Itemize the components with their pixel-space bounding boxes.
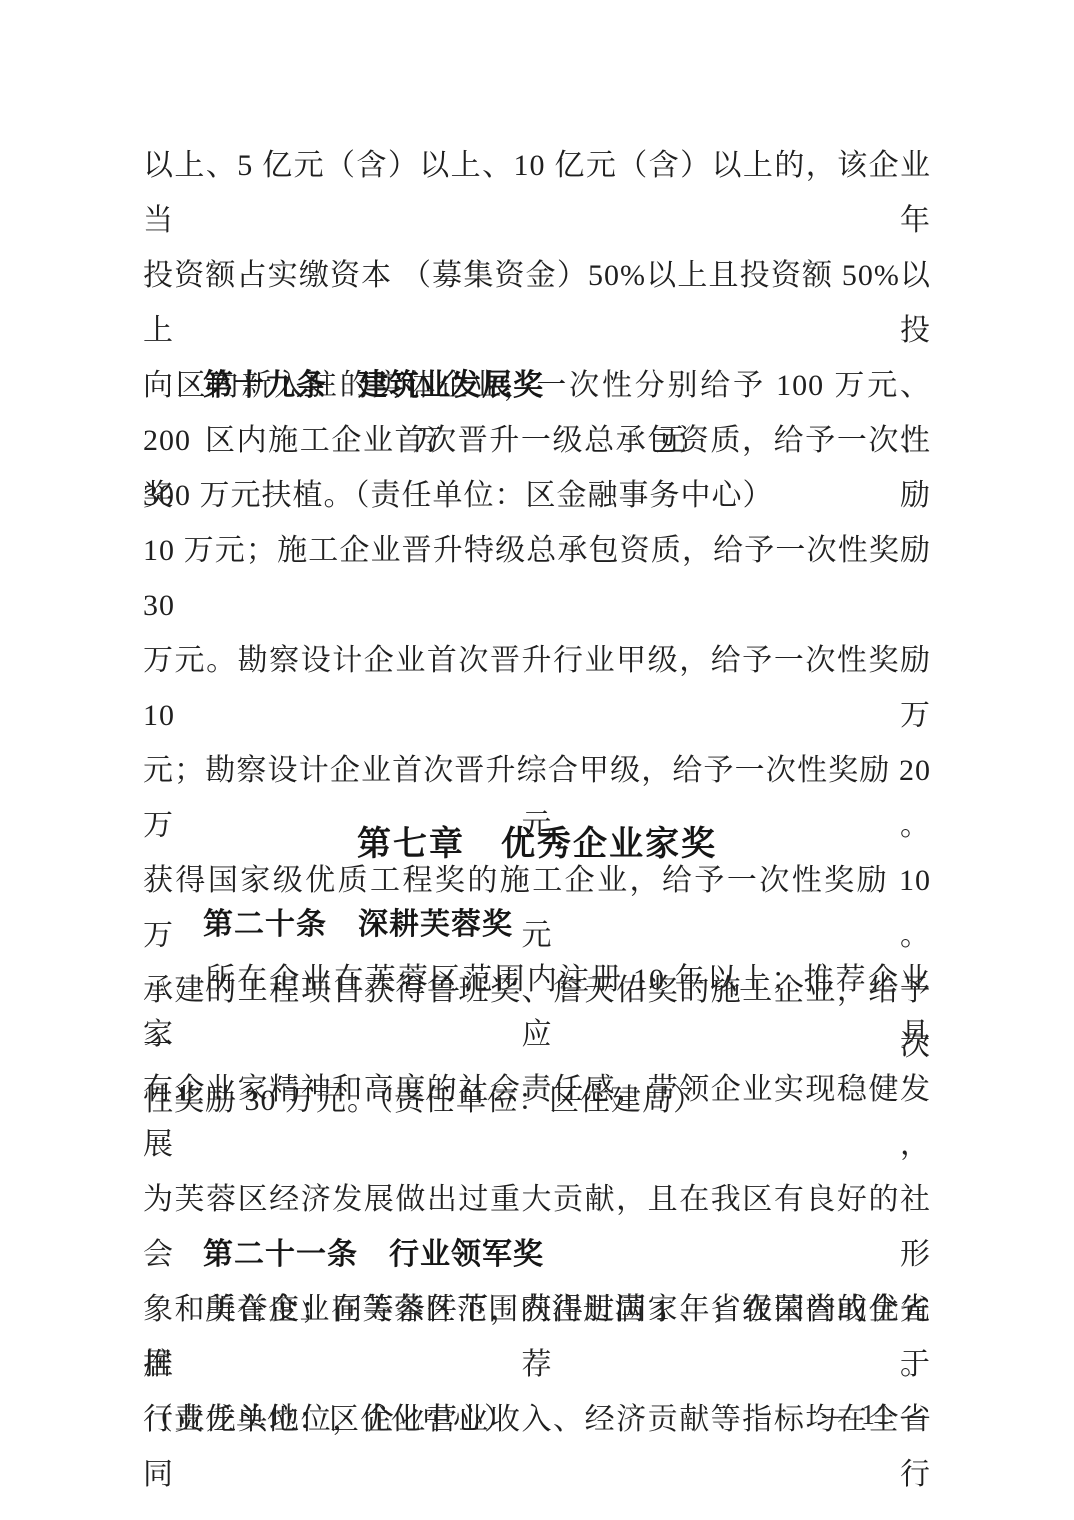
page-number: — 11 — [143, 1388, 931, 1443]
article-20-heading: 第二十条 深耕芙蓉奖 [143, 897, 931, 952]
document-page: 以上、5 亿元（含）以上、10 亿元（含）以上的，该企业当年 投资额占实缴资本 … [0, 0, 1074, 1520]
article-21-heading: 第二十一条 行业领军奖 [143, 1227, 931, 1282]
text-line: 区内施工企业首次晋升一级总承包资质，给予一次性奖励 [143, 413, 931, 523]
chapter-7-heading: 第七章 优秀企业家奖 [143, 804, 931, 884]
text-line: 所在企业在芙蓉区范围内注册 10 年以上；推荐企业家应具 [143, 952, 931, 1062]
text-line: 有企业家精神和高度的社会责任感，带领企业实现稳健发展， [143, 1062, 931, 1172]
text-line: 10 万元；施工企业晋升特级总承包资质，给予一次性奖励 30 [143, 523, 931, 633]
article-19-heading: 第十九条 建筑业发展奖 [143, 358, 931, 413]
text-line: 所在企业在芙蓉区范围内注册满 1 年；在国内或全省居于 [143, 1282, 931, 1392]
text-line: 投资额占实缴资本 （募集资金）50%以上且投资额 50%以上投 [143, 248, 931, 358]
text-line: 以上、5 亿元（含）以上、10 亿元（含）以上的，该企业当年 [143, 138, 931, 248]
text-line: 万元。勘察设计企业首次晋升行业甲级，给予一次性奖励 10 万 [143, 633, 931, 743]
